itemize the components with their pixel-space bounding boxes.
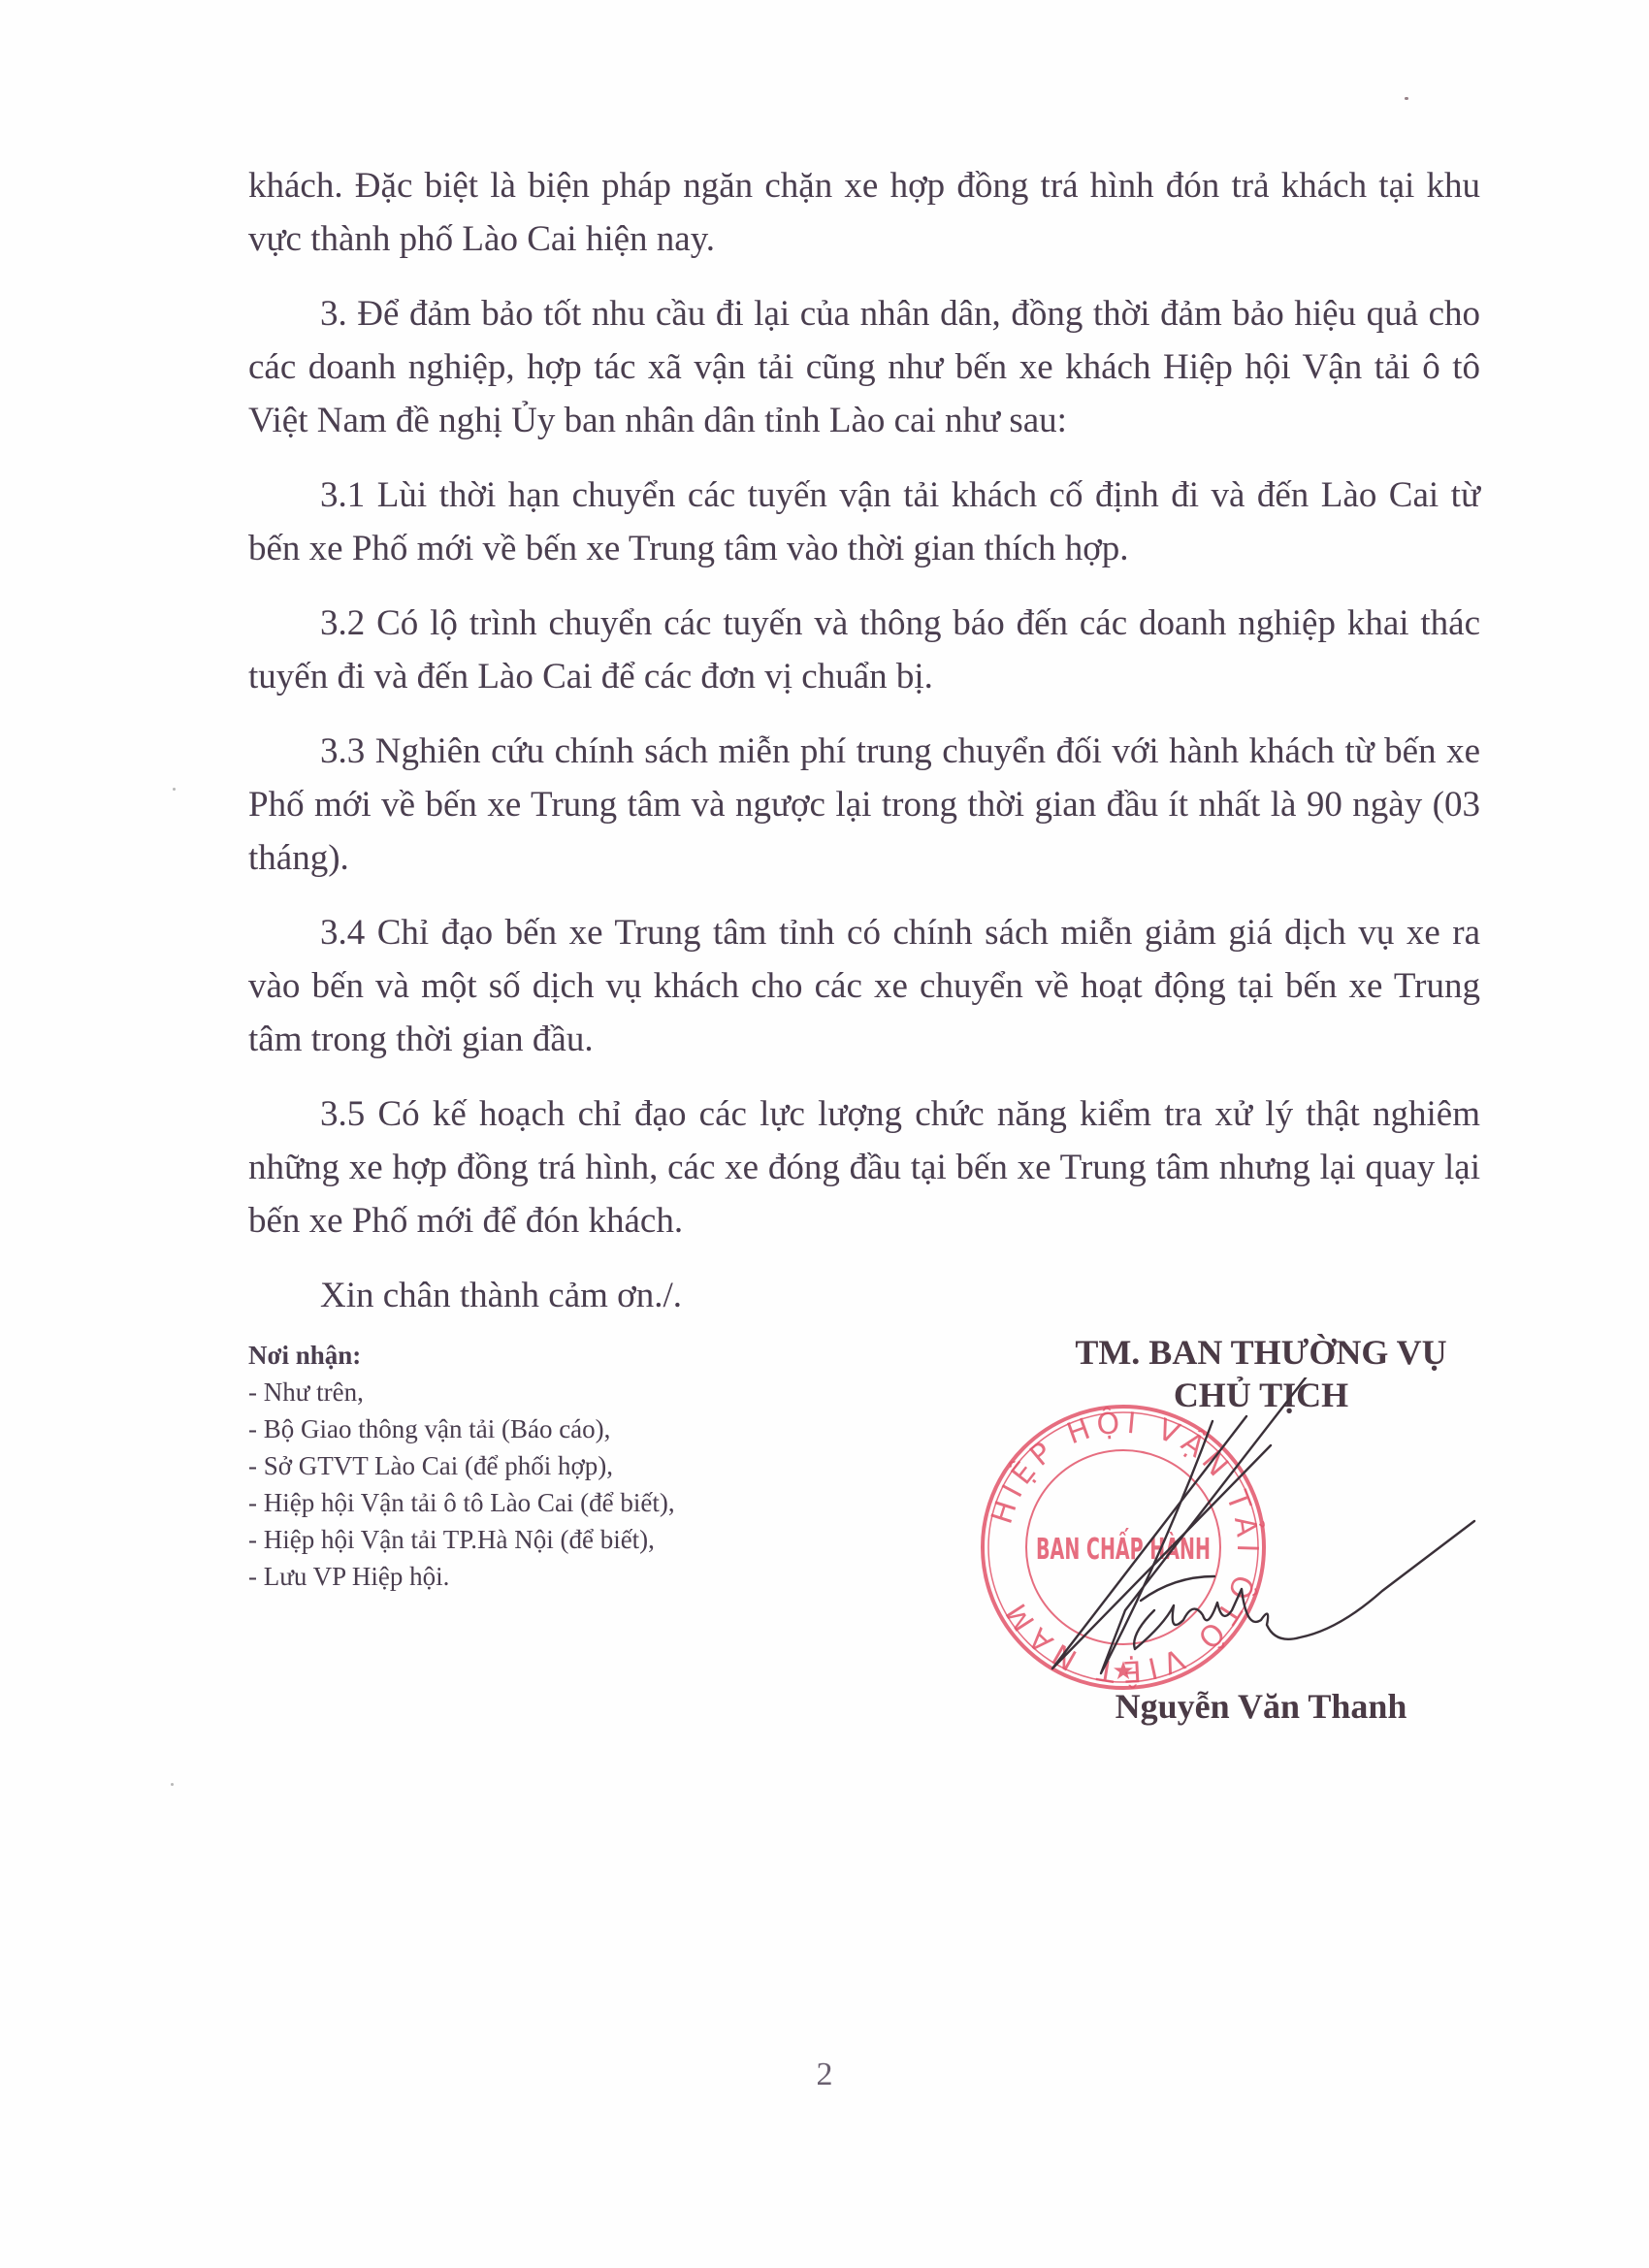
document-page: khách. Đặc biệt là biện pháp ngăn chặn x… <box>0 0 1649 2268</box>
closing-thanks: Xin chân thành cảm ơn./. <box>248 1269 1480 1322</box>
paragraph-item-3-4: 3.4 Chỉ đạo bến xe Trung tâm tỉnh có chí… <box>248 906 1480 1066</box>
paragraph-proposal-intro: 3. Để đảm bảo tốt nhu cầu đi lại của nhâ… <box>248 287 1480 447</box>
handwritten-signature <box>1048 1377 1494 1688</box>
paragraph-item-3-2: 3.2 Có lộ trình chuyển các tuyến và thôn… <box>248 597 1480 703</box>
recipient-item: - Sở GTVT Lào Cai (để phối hợp), <box>248 1447 675 1484</box>
scan-speck <box>173 788 176 791</box>
recipient-item: - Như trên, <box>248 1374 675 1410</box>
document-body: khách. Đặc biệt là biện pháp ngăn chặn x… <box>248 159 1480 1344</box>
recipient-item: - Hiệp hội Vận tải TP.Hà Nội (để biết), <box>248 1521 675 1558</box>
recipient-item: - Bộ Giao thông vận tải (Báo cáo), <box>248 1410 675 1447</box>
recipient-item: - Lưu VP Hiệp hội. <box>248 1558 675 1595</box>
signer-name: Nguyễn Văn Thanh <box>1009 1686 1513 1727</box>
page-number: 2 <box>0 2057 1649 2093</box>
recipient-item: - Hiệp hội Vận tải ô tô Lào Cai (để biết… <box>248 1484 675 1521</box>
scan-speck <box>1405 97 1408 100</box>
recipients-title: Nơi nhận: <box>248 1337 675 1374</box>
recipients-block: Nơi nhận: - Như trên, - Bộ Giao thông vậ… <box>248 1337 675 1595</box>
signer-organization: TM. BAN THƯỜNG VỤ <box>1009 1331 1513 1374</box>
paragraph-continuation: khách. Đặc biệt là biện pháp ngăn chặn x… <box>248 159 1480 266</box>
paragraph-item-3-3: 3.3 Nghiên cứu chính sách miễn phí trung… <box>248 725 1480 885</box>
scan-speck <box>171 1783 174 1786</box>
paragraph-item-3-5: 3.5 Có kế hoạch chỉ đạo các lực lượng ch… <box>248 1087 1480 1247</box>
paragraph-item-3-1: 3.1 Lùi thời hạn chuyển các tuyến vận tả… <box>248 469 1480 575</box>
